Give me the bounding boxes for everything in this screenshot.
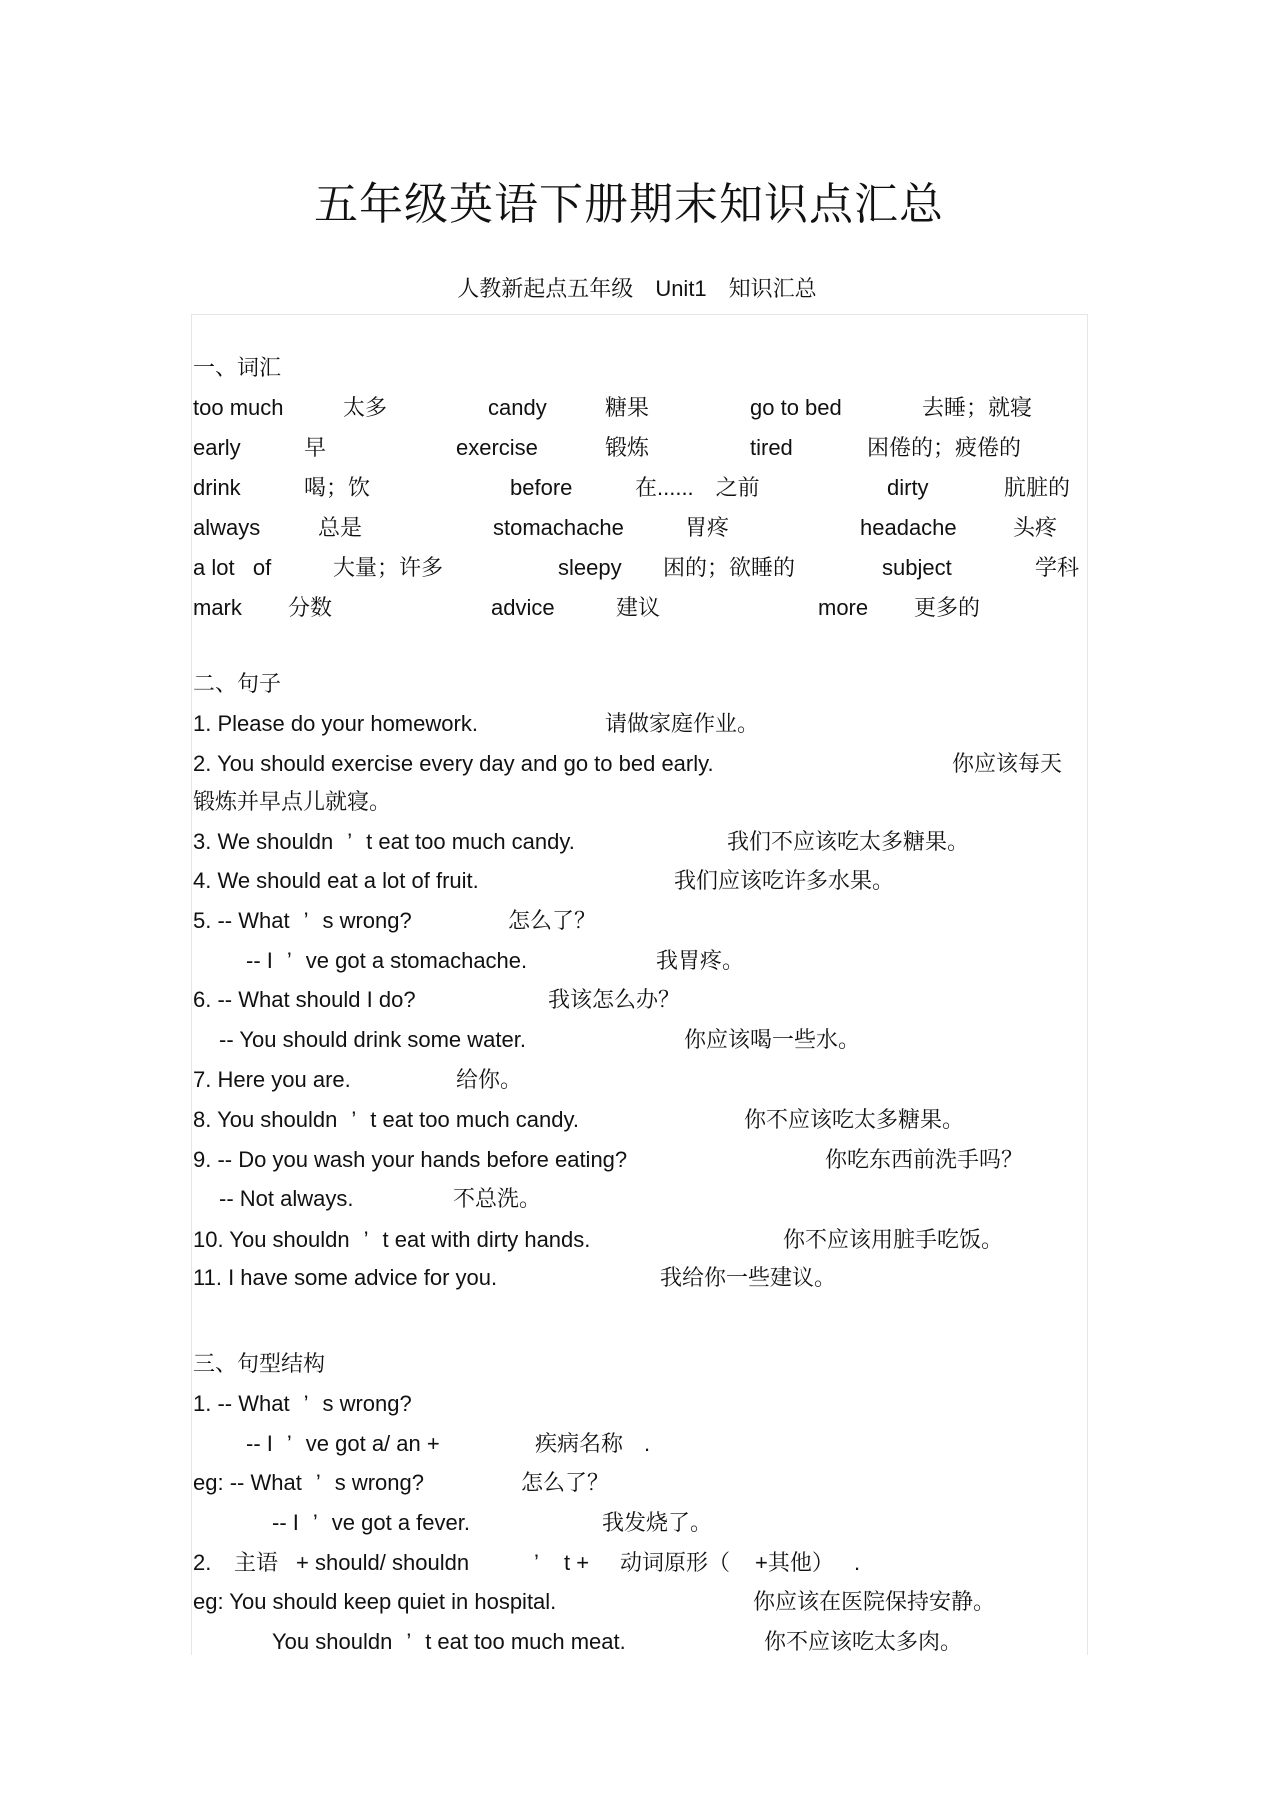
vocab-zh: 分数 bbox=[288, 594, 332, 622]
document-title-text: 五年级英语下册期末知识点汇总 bbox=[314, 180, 944, 229]
sentence-zh-continued: 锻炼并早点儿就寝。 bbox=[193, 788, 391, 816]
vocab-zh: 困倦的；疲倦的 bbox=[867, 434, 1021, 462]
vocab-en: mark bbox=[193, 594, 242, 622]
vocab-zh: 锻炼 bbox=[605, 434, 649, 462]
vocab-zh: 去睡；就寝 bbox=[922, 394, 1032, 422]
sentence-en: -- You should drink some water. bbox=[219, 1026, 526, 1054]
vocab-en: exercise bbox=[456, 434, 538, 462]
vocab-en: candy bbox=[488, 394, 547, 422]
sentence-zh: 我们不应该吃太多糖果。 bbox=[727, 828, 969, 856]
structure-zh: 怎么了？ bbox=[521, 1469, 609, 1497]
sentence-en: 9. -- Do you wash your hands before eati… bbox=[193, 1146, 627, 1174]
vocab-zh: 喝；饮 bbox=[304, 474, 370, 502]
vocab-zh: 学科 bbox=[1035, 554, 1079, 582]
structure-zh: 动词原形（ bbox=[620, 1549, 730, 1577]
structure-en: You shouldn’t eat too much meat. bbox=[272, 1628, 626, 1656]
sentence-zh: 给你。 bbox=[456, 1066, 522, 1094]
sentence-en: 10. You shouldn’t eat with dirty hands. bbox=[193, 1226, 590, 1254]
document-subtitle: 人教新起点五年级Unit1知识汇总 bbox=[0, 272, 1274, 303]
sentence-zh: 你吃东西前洗手吗？ bbox=[825, 1146, 1023, 1174]
sentence-zh: 我们应该吃许多水果。 bbox=[674, 867, 894, 895]
structure-apostrophe: ’ bbox=[534, 1549, 539, 1577]
vocab-zh: 肮脏的 bbox=[1004, 474, 1070, 502]
subtitle-part: 知识汇总 bbox=[729, 276, 817, 301]
sentence-zh: 怎么了？ bbox=[508, 907, 596, 935]
vocab-zh: 头疼 bbox=[1013, 514, 1057, 542]
vocab-en: sleepy bbox=[558, 554, 622, 582]
document-title: 五年级英语下册期末知识点汇总 bbox=[0, 168, 1274, 232]
sentence-zh: 我给你一些建议。 bbox=[660, 1264, 836, 1292]
vocab-en: headache bbox=[860, 514, 957, 542]
sentence-zh: 不总洗。 bbox=[453, 1185, 541, 1213]
vocab-en: more bbox=[818, 594, 868, 622]
vocab-zh: 糖果 bbox=[605, 394, 649, 422]
vocab-en: always bbox=[193, 514, 260, 542]
sentence-zh: 你不应该吃太多糖果。 bbox=[744, 1106, 964, 1134]
vocab-en: tired bbox=[750, 434, 793, 462]
vocab-en: subject bbox=[882, 554, 952, 582]
sentence-en: 3. We shouldn’t eat too much candy. bbox=[193, 828, 575, 856]
structure-end: . bbox=[854, 1549, 860, 1577]
section-heading-vocabulary: 一、词汇 bbox=[193, 354, 281, 382]
structure-end: . bbox=[644, 1430, 650, 1458]
vocab-en: early bbox=[193, 434, 241, 462]
sentence-en: 1. Please do your homework. bbox=[193, 710, 478, 738]
vocab-en: too much bbox=[193, 394, 284, 422]
vocab-zh: 胃疼 bbox=[685, 514, 729, 542]
structure-zh: 主语 bbox=[234, 1549, 278, 1577]
structure-en: t + bbox=[564, 1549, 589, 1577]
vocab-en: advice bbox=[491, 594, 555, 622]
structure-num: 2. bbox=[193, 1549, 211, 1577]
vocab-en: go to bed bbox=[750, 394, 842, 422]
structure-en: 1. -- What’s wrong? bbox=[193, 1390, 412, 1418]
structure-zh: 疾病名称 bbox=[535, 1430, 623, 1458]
vocab-en: dirty bbox=[887, 474, 929, 502]
vocab-zh: 建议 bbox=[616, 594, 660, 622]
sentence-zh: 我胃疼。 bbox=[656, 947, 744, 975]
vocab-zh: 总是 bbox=[318, 514, 362, 542]
sentence-zh: 你应该喝一些水。 bbox=[684, 1026, 860, 1054]
vocab-en: before bbox=[510, 474, 572, 502]
structure-zh: 你不应该吃太多肉。 bbox=[764, 1628, 962, 1656]
structure-en: -- I’ve got a/ an + bbox=[246, 1430, 440, 1458]
sentence-en: 2. You should exercise every day and go … bbox=[193, 750, 714, 778]
sentence-en: 5. -- What’s wrong? bbox=[193, 907, 412, 935]
structure-en: + should/ shouldn bbox=[296, 1549, 469, 1577]
sentence-en: 6. -- What should I do? bbox=[193, 986, 416, 1014]
subtitle-unit: Unit1 bbox=[655, 276, 706, 301]
section-heading-sentences: 二、句子 bbox=[193, 670, 281, 698]
vocab-zh: 早 bbox=[304, 434, 326, 462]
structure-en: -- I’ve got a fever. bbox=[272, 1509, 470, 1537]
vocab-zh: 大量；许多 bbox=[333, 554, 443, 582]
sentence-en: 7. Here you are. bbox=[193, 1066, 351, 1094]
sentence-en: 8. You shouldn’t eat too much candy. bbox=[193, 1106, 579, 1134]
structure-zh: 我发烧了。 bbox=[602, 1509, 712, 1537]
structure-en: eg: You should keep quiet in hospital. bbox=[193, 1588, 556, 1616]
sentence-en: 4. We should eat a lot of fruit. bbox=[193, 867, 479, 895]
vocab-zh: 太多 bbox=[343, 394, 387, 422]
vocab-en: drink bbox=[193, 474, 241, 502]
sentence-en: -- Not always. bbox=[219, 1185, 353, 1213]
section-heading-structures: 三、句型结构 bbox=[193, 1350, 325, 1378]
sentence-en: -- I’ve got a stomachache. bbox=[246, 947, 527, 975]
sentence-zh: 你应该每天 bbox=[952, 750, 1062, 778]
vocab-en: stomachache bbox=[493, 514, 624, 542]
vocab-en: a lot of bbox=[193, 554, 271, 582]
sentence-zh: 我该怎么办？ bbox=[548, 986, 680, 1014]
subtitle-part: 人教新起点五年级 bbox=[457, 276, 633, 301]
structure-zh: +其他） bbox=[755, 1549, 834, 1577]
structure-en: eg: -- What’s wrong? bbox=[193, 1469, 424, 1497]
vocab-zh: 在...... 之前 bbox=[635, 474, 760, 502]
structure-zh: 你应该在医院保持安静。 bbox=[753, 1588, 995, 1616]
vocab-zh: 更多的 bbox=[914, 594, 980, 622]
sentence-zh: 你不应该用脏手吃饭。 bbox=[783, 1226, 1003, 1254]
sentence-zh: 请做家庭作业。 bbox=[605, 710, 759, 738]
sentence-en: 11. I have some advice for you. bbox=[193, 1264, 497, 1292]
vocab-zh: 困的；欲睡的 bbox=[663, 554, 795, 582]
